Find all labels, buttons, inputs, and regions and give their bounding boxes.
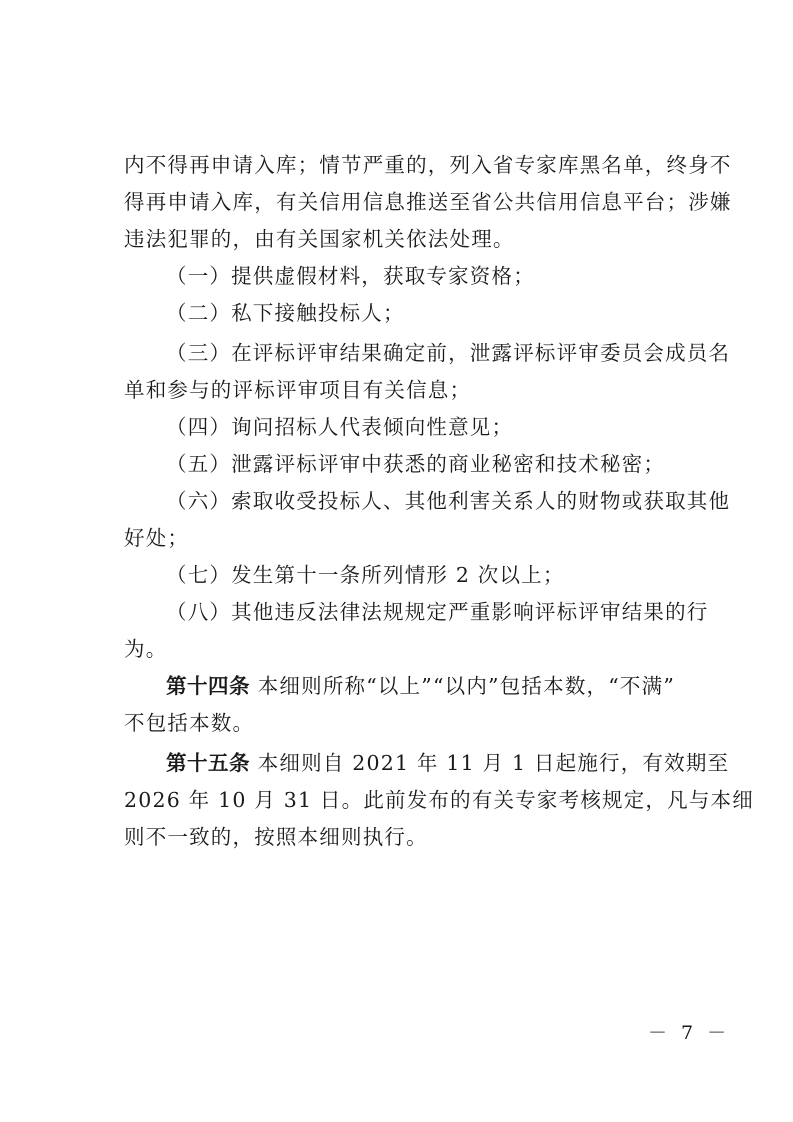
list-item-1: （一）提供虚假材料，获取专家资格； xyxy=(166,263,758,289)
list-item-8-cont: 为。 xyxy=(124,636,716,662)
article-15-cont-2: 则不一致的，按照本细则执行。 xyxy=(124,824,716,850)
article-15-heading: 第十五条 xyxy=(166,751,250,775)
article-14-heading: 第十四条 xyxy=(166,674,250,698)
list-item-4: （四）询问招标人代表倾向性意见； xyxy=(166,414,758,440)
list-item-3: （三）在评标评审结果确定前，泄露评标评审委员会成员名 xyxy=(166,340,758,366)
article-14-cont: 不包括本数。 xyxy=(124,710,716,736)
article-14-text: 本细则所称“以上”“以内”包括本数，“不满” xyxy=(250,674,675,698)
list-item-8: （八）其他违反法律法规规定严重影响评标评审结果的行 xyxy=(166,599,758,625)
list-item-5: （五）泄露评标评审中获悉的商业秘密和技术秘密； xyxy=(166,451,758,477)
body-line-1: 内不得再申请入库；情节严重的，列入省专家库黑名单，终身不 xyxy=(124,152,716,178)
list-item-7: （七）发生第十一条所列情形 2 次以上； xyxy=(166,562,758,588)
article-15-text: 本细则自 2021 年 11 月 1 日起施行，有效期至 xyxy=(250,751,729,775)
list-item-3-cont: 单和参与的评标评审项目有关信息； xyxy=(124,377,716,403)
document-page: 内不得再申请入库；情节严重的，列入省专家库黑名单，终身不 得再申请入库，有关信用… xyxy=(0,0,793,1122)
list-item-6: （六）索取收受投标人、其他利害关系人的财物或获取其他 xyxy=(166,488,758,514)
page-number: － 7 － xyxy=(648,1018,730,1045)
body-line-2: 得再申请入库，有关信用信息推送至省公共信用信息平台；涉嫌 xyxy=(124,189,716,215)
article-15: 第十五条 本细则自 2021 年 11 月 1 日起施行，有效期至 xyxy=(166,750,758,776)
article-14: 第十四条 本细则所称“以上”“以内”包括本数，“不满” xyxy=(166,673,758,699)
article-15-cont-1: 2026 年 10 月 31 日。此前发布的有关专家考核规定，凡与本细 xyxy=(124,787,716,813)
body-line-3: 违法犯罪的，由有关国家机关依法处理。 xyxy=(124,226,716,252)
list-item-6-cont: 好处； xyxy=(124,525,716,551)
list-item-2: （二）私下接触投标人； xyxy=(166,300,758,326)
